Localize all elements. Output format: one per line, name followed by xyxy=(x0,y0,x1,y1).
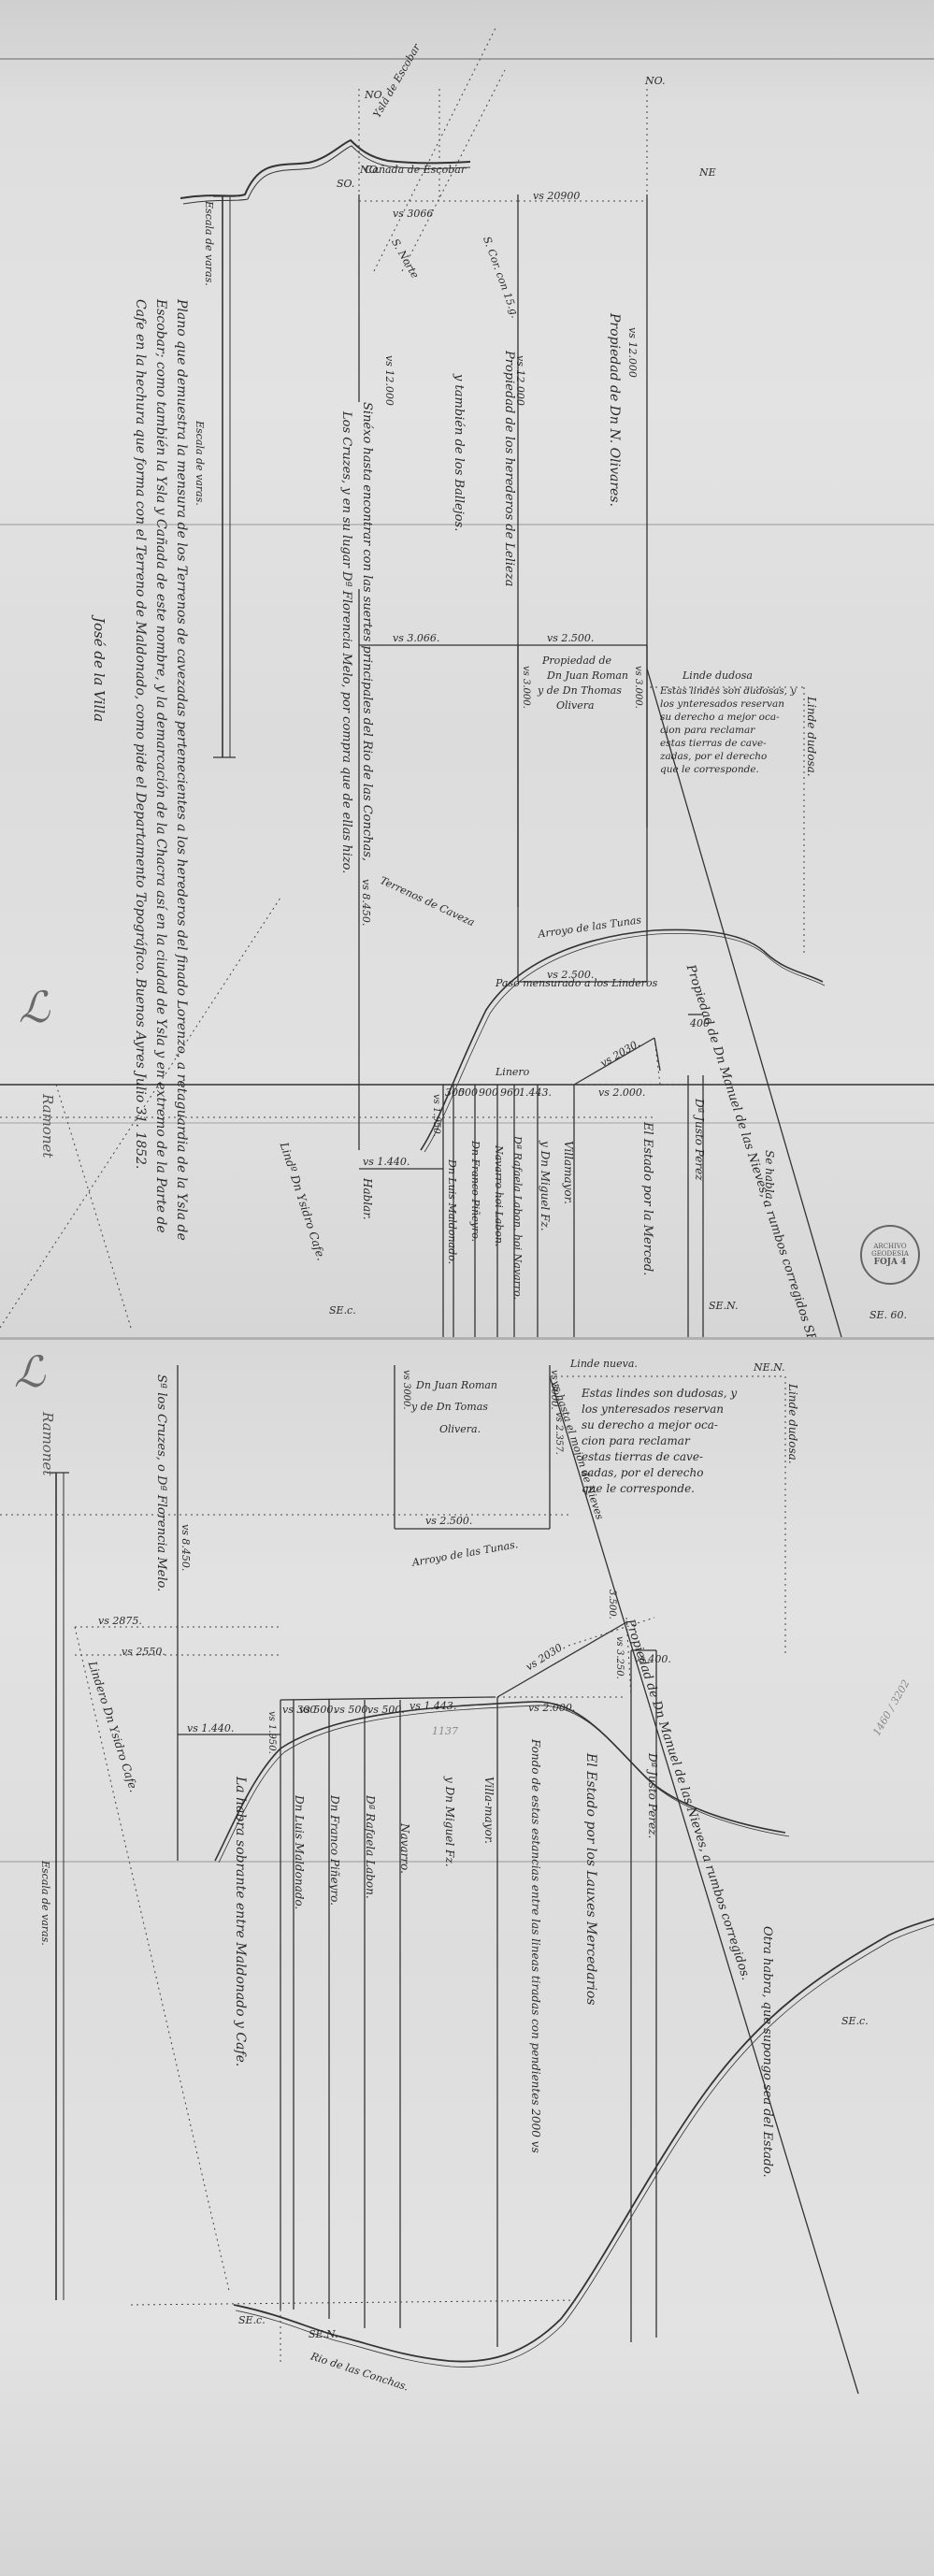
compass-ne: NE xyxy=(699,166,716,179)
owner-tambien: y también de los Ballejos. xyxy=(452,374,466,531)
owner-rafaela: Dª Rafaela Labon. hoi Navarro. xyxy=(511,1136,524,1300)
roman-block-2: Dn Juan Roman xyxy=(547,669,628,682)
linde-nueva-label: Linde nueva. xyxy=(570,1358,638,1370)
roman-block-3: y de Dn Thomas xyxy=(538,684,622,697)
owner-francisco-lower: Dn Franco Piñeyro. xyxy=(328,1795,341,1906)
se-n-label: SE.N. xyxy=(709,1300,738,1312)
measure-3000-r: vs 3.000. xyxy=(633,666,643,709)
rubric-flourish-lower: ℒ xyxy=(14,1346,45,1397)
archive-stamp: ARCHIVO GEODESIA FOJA 4 xyxy=(860,1225,920,1285)
owner-herederos: Propiedad de los herederos de Lelieza xyxy=(502,351,516,586)
measure-1443-lower: vs 1.443. xyxy=(410,1700,456,1712)
compass-no-mid: NO. xyxy=(365,89,385,101)
owner-text-1: Sinéxo hasta encontrar con las suertes p… xyxy=(360,402,374,861)
linde-dudosa-vertical: Linde dudosa. xyxy=(805,697,818,777)
owner-navarro-lower: Navarro. xyxy=(398,1823,411,1874)
la-habra-label: La habra sobrante entre Maldonado y Cafe… xyxy=(233,1777,248,2066)
owner-cruces-melo: Sª los Cruzes, o Dª Florencia Melo. xyxy=(154,1374,168,1591)
owner-justo-perez: Dª Justo Perez xyxy=(693,1099,706,1181)
upper-map-sheet: Escala de varas. Escala de varas. Plano … xyxy=(0,0,934,1337)
measure-2500-lower: vs 2.500. xyxy=(425,1515,472,1527)
measure-900: 900 xyxy=(479,1087,498,1099)
owner-rafaela-lower: Dª Rafaela Labon. xyxy=(364,1795,377,1899)
roman-block-1: Propiedad de xyxy=(542,655,611,667)
measure-2000: vs 2.000. xyxy=(598,1087,645,1099)
roman-lower-3: Olivera. xyxy=(439,1423,481,1435)
owner-francisco: Dn Franco Piñeyro. xyxy=(469,1141,481,1242)
owner-olivares: Propiedad de Dn N. Olivares. xyxy=(607,313,622,507)
lower-map-sheet: ℒ Ramonet Sª los Cruzes, o Dª Florencia … xyxy=(0,1337,934,2576)
se-60-label: SE. 60. xyxy=(869,1309,907,1321)
roman-lower-2: y de Dn Tomas xyxy=(411,1401,488,1413)
roman-lower-1: Dn Juan Roman xyxy=(416,1379,497,1391)
se-c-label: SE.c. xyxy=(329,1304,356,1317)
pencil-note-1137: 1137 xyxy=(432,1725,458,1737)
compass-no-left: NO. xyxy=(360,164,381,176)
escala-lower: Escala de varas. xyxy=(39,1861,51,1946)
measure-3000-l: vs 3.000. xyxy=(521,666,531,709)
scale-label: Escala de varas. xyxy=(203,201,215,286)
rubric-signature-lower: Ramonet xyxy=(39,1412,56,1475)
measure-1443: 1.443. xyxy=(519,1087,552,1099)
measure-12000-a: vs 12.000 xyxy=(383,355,395,406)
measure-3066: vs 3066 xyxy=(393,208,433,220)
owner-luis: Dn Luis Maldonado. xyxy=(446,1159,458,1264)
measure-8450: vs 8.450. xyxy=(360,879,372,926)
ne-n-label: NE.N. xyxy=(754,1361,785,1374)
dudosa-note-lower: Estas lindes son dudosas, y los ynteresa… xyxy=(582,1386,737,1497)
measure-3250: vs 3.250. xyxy=(614,1636,625,1679)
measure-2500-top: vs 2.500. xyxy=(547,632,594,644)
measure-3066-mid: vs 3.066. xyxy=(393,632,439,644)
measure-500: 500 xyxy=(458,1087,478,1099)
measure-2000-lower: vs 2.000. xyxy=(528,1702,575,1714)
dudosa-note: Estas lindes son dudosas, y los ynteresa… xyxy=(660,684,796,776)
compass-so: SO. xyxy=(337,178,354,190)
se-n-lower: SE.N. xyxy=(309,2328,338,2340)
owner-hablar: Hablar. xyxy=(361,1178,374,1220)
owner-justo-perez-lower: Dª Justo Perez. xyxy=(646,1753,659,1838)
measure-2875: vs 2875. xyxy=(98,1615,142,1627)
roman-block-4: Olivera xyxy=(556,699,595,712)
title-line-1: Plano que demuestra la mensura de los Te… xyxy=(174,299,189,1241)
owner-miguel: y Dn Miguel Fz. xyxy=(539,1141,552,1231)
fondo-estancias-label: Fondo de estas estancias entre las linea… xyxy=(529,1739,542,2153)
measure-3500: 3.500. xyxy=(607,1590,617,1619)
title-line-3: Cafe en la hechura que forma con el Terr… xyxy=(133,299,148,1169)
se-c-lower-2: SE.c. xyxy=(238,2314,266,2326)
owner-navarro: Navarro hoi Labon. xyxy=(493,1145,505,1246)
otra-habra-label: Otra habra, que supongo sea del Estado. xyxy=(760,1926,774,2178)
rubric-signature: Ramonet xyxy=(39,1094,56,1158)
owner-text-2: Los Cruzes, y en su lugar Dª Florencia M… xyxy=(339,411,353,873)
linde-dudosa-lower: Linde dudosa. xyxy=(786,1384,799,1464)
lindero-label: Linero xyxy=(496,1066,529,1078)
measure-3000-lower-a: vs 3000. xyxy=(401,1370,411,1410)
se-c-lower: SE.c. xyxy=(841,2015,869,2027)
measure-20900: vs 20900 xyxy=(533,190,580,202)
paso-label: Paso mensurado a los Linderos xyxy=(496,977,657,989)
owner-villamayor: Villamayor. xyxy=(562,1141,575,1204)
owner-el-estado: El Estado por la Merced. xyxy=(640,1122,654,1275)
measure-8450-lower: vs 8.450. xyxy=(180,1524,192,1571)
measure-1950: vs 1.950. xyxy=(431,1094,441,1137)
measure-1440: vs 1.440. xyxy=(363,1156,410,1168)
measure-2550: vs 2550. xyxy=(122,1646,165,1658)
rubric-flourish: ℒ xyxy=(19,982,50,1032)
scale-label: Escala de varas. xyxy=(194,421,206,506)
measure-500-lower-a: vs 500. xyxy=(299,1704,337,1716)
measure-1950-lower: vs 1.950. xyxy=(266,1711,277,1754)
owner-estado-lower: El Estado por los Lauxes Mercedarios xyxy=(583,1753,598,2005)
measure-400-lower: vs 400. xyxy=(634,1653,671,1665)
owner-villamayor-lower: Villa-mayor. xyxy=(482,1777,496,1844)
owner-luis-lower: Dn Luis Maldonado. xyxy=(293,1795,306,1909)
surveyor-signature: José de la Villa xyxy=(91,617,108,722)
measure-12000-c: vs 12.000 xyxy=(626,327,639,378)
title-line-2: Escobar; como también la Ysla y Cañada d… xyxy=(153,299,168,1233)
measure-500-lower-c: vs 500. xyxy=(367,1704,405,1716)
linde-dudosa-label: Linde dudosa xyxy=(683,669,753,682)
measure-1440-lower: vs 1.440. xyxy=(187,1722,234,1734)
owner-miguel-lower: y Dn Miguel Fz. xyxy=(443,1777,456,1867)
measure-500-lower-b: vs 500. xyxy=(334,1704,371,1716)
measure-960: 960. xyxy=(500,1087,524,1099)
compass-no-right: NO. xyxy=(645,75,666,87)
owner-hablar-2: Se habla. xyxy=(763,1150,776,1203)
